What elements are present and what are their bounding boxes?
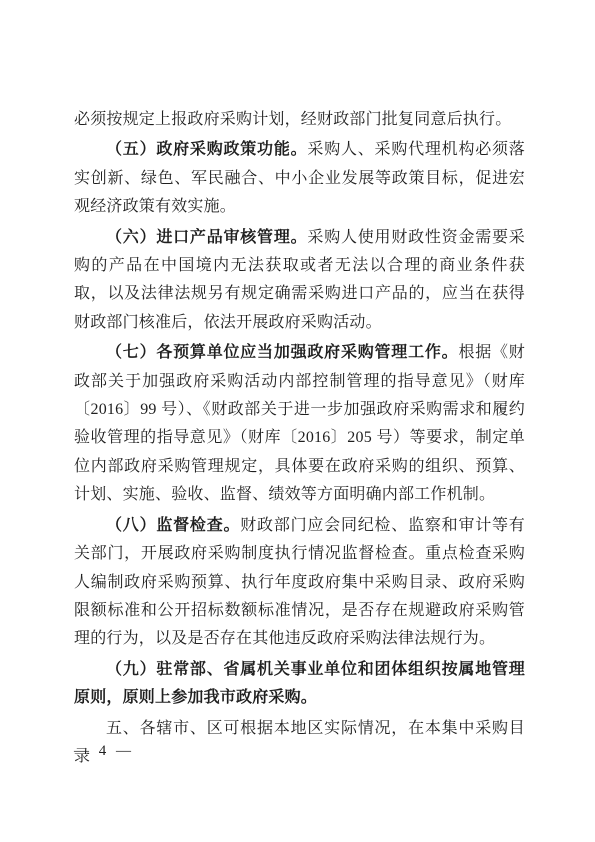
paragraph-continuation: 必须按规定上报政府采购计划，经财政部门批复同意后执行。 bbox=[74, 106, 525, 134]
paragraph-section-5: 五、各辖市、区可根据本地区实际情况，在本集中采购目录 bbox=[74, 715, 525, 772]
paragraph-text: 五、各辖市、区可根据本地区实际情况，在本集中采购目录 bbox=[74, 720, 525, 765]
paragraph-heading: （六）进口产品审核管理。 bbox=[106, 229, 307, 246]
paragraph-heading: （五）政府采购政策功能。 bbox=[106, 141, 307, 158]
paragraph-heading: （八）监督检查。 bbox=[106, 517, 240, 534]
paragraph-item-6: （六）进口产品审核管理。采购人使用财政性资金需要采购的产品在中国境内无法获取或者… bbox=[74, 224, 525, 338]
paragraph-text: 财政部门应会同纪检、监察和审计等有关部门，开展政府采购制度执行情况监督检查。重点… bbox=[74, 517, 525, 648]
paragraph-text: 根据《财政部关于加强政府采购活动内部控制管理的指导意见》（财库〔2016〕99 … bbox=[74, 344, 525, 503]
paragraph-text: 必须按规定上报政府采购计划，经财政部门批复同意后执行。 bbox=[74, 111, 511, 128]
paragraph-item-5: （五）政府采购政策功能。采购人、采购代理机构必须落实创新、绿色、军民融合、中小企… bbox=[74, 136, 525, 221]
paragraph-item-9: （九）驻常部、省属机关事业单位和团体组织按属地管理原则，原则上参加我市政府采购。 bbox=[74, 656, 525, 713]
page-number: — 4 — bbox=[74, 743, 134, 760]
document-page: 必须按规定上报政府采购计划，经财政部门批复同意后执行。 （五）政府采购政策功能。… bbox=[0, 0, 595, 842]
document-body: 必须按规定上报政府采购计划，经财政部门批复同意后执行。 （五）政府采购政策功能。… bbox=[74, 106, 525, 771]
paragraph-item-7: （七）各预算单位应当加强政府采购管理工作。根据《财政部关于加强政府采购活动内部控… bbox=[74, 339, 525, 509]
paragraph-item-8: （八）监督检查。财政部门应会同纪检、监察和审计等有关部门，开展政府采购制度执行情… bbox=[74, 512, 525, 654]
paragraph-heading: （九）驻常部、省属机关事业单位和团体组织按属地管理原则，原则上参加我市政府采购。 bbox=[74, 661, 525, 706]
paragraph-heading: （七）各预算单位应当加强政府采购管理工作。 bbox=[106, 344, 458, 361]
